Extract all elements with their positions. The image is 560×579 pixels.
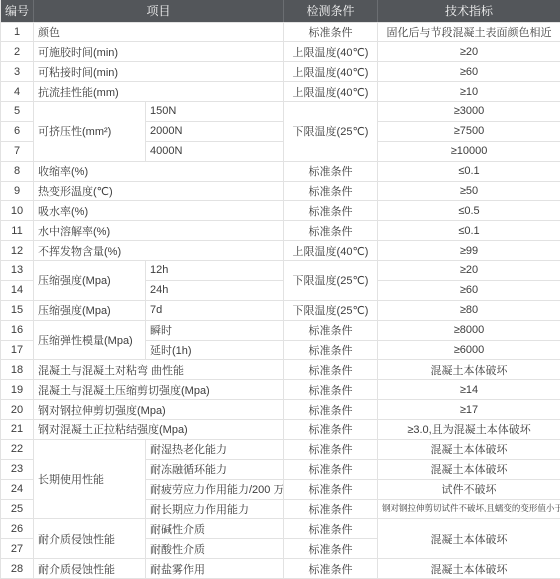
cell-item: 吸水率(%) [34,201,284,221]
cell-condition: 标准条件 [284,439,378,459]
cell-subitem: 耐碱性介质 [146,519,284,539]
cell-subitem: 4000N [146,141,284,161]
cell-condition: 下限温度(25℃) [284,300,378,320]
cell-item: 混凝土与混凝土对粘弯 曲性能 [34,360,284,380]
cell-item: 混凝土与混凝土压缩剪切强度(Mpa) [34,380,284,400]
cell-no: 22 [1,439,34,459]
cell-item: 收缩率(%) [34,161,284,181]
table-row: 26 耐介质侵蚀性能 耐碱性介质 标准条件 混凝土本体破坏 [1,519,560,539]
cell-item: 抗流挂性能(mm) [34,82,284,102]
cell-no: 1 [1,22,34,42]
table-row: 3 可粘接时间(min) 上限温度(40℃) ≥60 [1,62,560,82]
cell-indicator: ≥3.0,且为混凝土本体破坏 [378,420,560,440]
cell-no: 14 [1,280,34,300]
cell-condition: 标准条件 [284,221,378,241]
cell-indicator: ≥99 [378,241,560,261]
cell-indicator: 钢对钢拉伸剪切试件不破坏,且蠕变的变形值小于0.4mm [378,499,560,519]
cell-indicator: 试件不破坏 [378,479,560,499]
cell-subitem: 24h [146,280,284,300]
table-row: 21 钢对混凝土正拉粘结强度(Mpa) 标准条件 ≥3.0,且为混凝土本体破坏 [1,420,560,440]
cell-no: 5 [1,102,34,122]
cell-condition: 标准条件 [284,559,378,579]
cell-indicator: ≥6000 [378,340,560,360]
table-row: 5 可挤压性(mm²) 150N 下限温度(25℃) ≥3000 [1,102,560,122]
table-row: 22 长期使用性能 耐湿热老化能力 标准条件 混凝土本体破坏 [1,439,560,459]
cell-condition: 标准条件 [284,181,378,201]
cell-no: 27 [1,539,34,559]
cell-indicator: ≥10 [378,82,560,102]
cell-no: 3 [1,62,34,82]
cell-no: 16 [1,320,34,340]
cell-indicator: 混凝土本体破坏 [378,559,560,579]
cell-condition: 标准条件 [284,539,378,559]
cell-no: 21 [1,420,34,440]
cell-subitem: 耐盐雾作用 [146,559,284,579]
cell-subitem: 150N [146,102,284,122]
cell-no: 17 [1,340,34,360]
cell-no: 6 [1,121,34,141]
cell-no: 26 [1,519,34,539]
cell-indicator: ≥20 [378,42,560,62]
cell-no: 7 [1,141,34,161]
table-row: 11 水中溶解率(%) 标准条件 ≤0.1 [1,221,560,241]
cell-condition: 标准条件 [284,380,378,400]
cell-subitem: 耐长期应力作用能力 [146,499,284,519]
table-row: 8 收缩率(%) 标准条件 ≤0.1 [1,161,560,181]
header-row: 编号 项目 检测条件 技术指标 [1,0,560,22]
table-row: 28 耐介质侵蚀性能 耐盐雾作用 标准条件 混凝土本体破坏 [1,559,560,579]
table-row: 12 不挥发物含量(%) 上限温度(40℃) ≥99 [1,241,560,261]
cell-indicator: 混凝土本体破坏 [378,360,560,380]
header-indicator: 技术指标 [378,0,560,22]
cell-condition: 标准条件 [284,201,378,221]
cell-condition: 下限温度(25℃) [284,102,378,162]
table-row: 20 钢对钢拉伸剪切强度(Mpa) 标准条件 ≥17 [1,400,560,420]
table-row: 15 压缩强度(Mpa) 7d 下限温度(25℃) ≥80 [1,300,560,320]
cell-subitem: 耐酸性介质 [146,539,284,559]
cell-condition: 标准条件 [284,459,378,479]
cell-no: 10 [1,201,34,221]
cell-no: 19 [1,380,34,400]
cell-indicator: ≥60 [378,62,560,82]
table-row: 1 颜色 标准条件 固化后与节段混凝土表面颜色相近 [1,22,560,42]
cell-no: 12 [1,241,34,261]
cell-item: 不挥发物含量(%) [34,241,284,261]
table-row: 4 抗流挂性能(mm) 上限温度(40℃) ≥10 [1,82,560,102]
cell-no: 4 [1,82,34,102]
cell-item-group: 压缩强度(Mpa) [34,300,146,320]
cell-indicator: 混凝土本体破坏 [378,439,560,459]
cell-subitem: 瞬时 [146,320,284,340]
cell-item-group: 可挤压性(mm²) [34,102,146,162]
cell-no: 25 [1,499,34,519]
cell-condition: 标准条件 [284,400,378,420]
cell-indicator: ≥8000 [378,320,560,340]
cell-condition: 上限温度(40℃) [284,62,378,82]
cell-indicator: ≤0.1 [378,161,560,181]
table-row: 9 热变形温度(℃) 标准条件 ≥50 [1,181,560,201]
cell-condition: 标准条件 [284,161,378,181]
cell-indicator: ≥60 [378,280,560,300]
header-item: 项目 [34,0,284,22]
table-row: 16 压缩弹性模量(Mpa) 瞬时 标准条件 ≥8000 [1,320,560,340]
cell-condition: 上限温度(40℃) [284,82,378,102]
header-no: 编号 [1,0,34,22]
cell-no: 18 [1,360,34,380]
cell-item-group: 压缩强度(Mpa) [34,261,146,301]
cell-condition: 上限温度(40℃) [284,42,378,62]
cell-no: 20 [1,400,34,420]
cell-no: 24 [1,479,34,499]
cell-subitem: 延时(1h) [146,340,284,360]
table-row: 10 吸水率(%) 标准条件 ≤0.5 [1,201,560,221]
cell-indicator: 混凝土本体破坏 [378,519,560,559]
cell-indicator: ≤0.5 [378,201,560,221]
cell-indicator: 固化后与节段混凝土表面颜色相近 [378,22,560,42]
cell-item: 钢对钢拉伸剪切强度(Mpa) [34,400,284,420]
cell-condition: 下限温度(25℃) [284,261,378,301]
cell-subitem: 耐疲劳应力作用能力/200 万次 [146,479,284,499]
cell-no: 15 [1,300,34,320]
cell-no: 13 [1,261,34,281]
cell-subitem: 2000N [146,121,284,141]
table-row: 19 混凝土与混凝土压缩剪切强度(Mpa) 标准条件 ≥14 [1,380,560,400]
table-row: 2 可施胶时间(min) 上限温度(40℃) ≥20 [1,42,560,62]
spec-table-page: 编号 项目 检测条件 技术指标 1 颜色 标准条件 固化后与节段混凝土表面颜色相… [0,0,560,579]
cell-no: 23 [1,459,34,479]
cell-no: 9 [1,181,34,201]
cell-subitem: 耐湿热老化能力 [146,439,284,459]
cell-indicator: ≥20 [378,261,560,281]
cell-indicator: ≥3000 [378,102,560,122]
cell-item: 颜色 [34,22,284,42]
spec-table: 编号 项目 检测条件 技术指标 1 颜色 标准条件 固化后与节段混凝土表面颜色相… [0,0,560,579]
cell-condition: 标准条件 [284,479,378,499]
cell-indicator: 混凝土本体破坏 [378,459,560,479]
cell-condition: 上限温度(40℃) [284,241,378,261]
cell-no: 8 [1,161,34,181]
cell-item-group: 长期使用性能 [34,439,146,519]
cell-item: 可施胶时间(min) [34,42,284,62]
cell-condition: 标准条件 [284,22,378,42]
header-condition: 检测条件 [284,0,378,22]
cell-condition: 标准条件 [284,420,378,440]
cell-condition: 标准条件 [284,499,378,519]
cell-indicator: ≥10000 [378,141,560,161]
cell-subitem: 7d [146,300,284,320]
cell-item: 可粘接时间(min) [34,62,284,82]
cell-item-group: 耐介质侵蚀性能 [34,559,146,579]
cell-condition: 标准条件 [284,360,378,380]
cell-item: 钢对混凝土正拉粘结强度(Mpa) [34,420,284,440]
cell-indicator: ≥80 [378,300,560,320]
cell-item: 热变形温度(℃) [34,181,284,201]
cell-no: 2 [1,42,34,62]
cell-condition: 标准条件 [284,340,378,360]
cell-item: 水中溶解率(%) [34,221,284,241]
cell-indicator: ≥50 [378,181,560,201]
cell-condition: 标准条件 [284,320,378,340]
cell-subitem: 耐冻融循环能力 [146,459,284,479]
table-row: 18 混凝土与混凝土对粘弯 曲性能 标准条件 混凝土本体破坏 [1,360,560,380]
cell-condition: 标准条件 [284,519,378,539]
cell-indicator: ≤0.1 [378,221,560,241]
cell-item-group: 耐介质侵蚀性能 [34,519,146,559]
cell-indicator: ≥14 [378,380,560,400]
cell-no: 28 [1,559,34,579]
table-row: 13 压缩强度(Mpa) 12h 下限温度(25℃) ≥20 [1,261,560,281]
cell-subitem: 12h [146,261,284,281]
cell-no: 11 [1,221,34,241]
cell-indicator: ≥17 [378,400,560,420]
cell-item-group: 压缩弹性模量(Mpa) [34,320,146,360]
cell-indicator: ≥7500 [378,121,560,141]
